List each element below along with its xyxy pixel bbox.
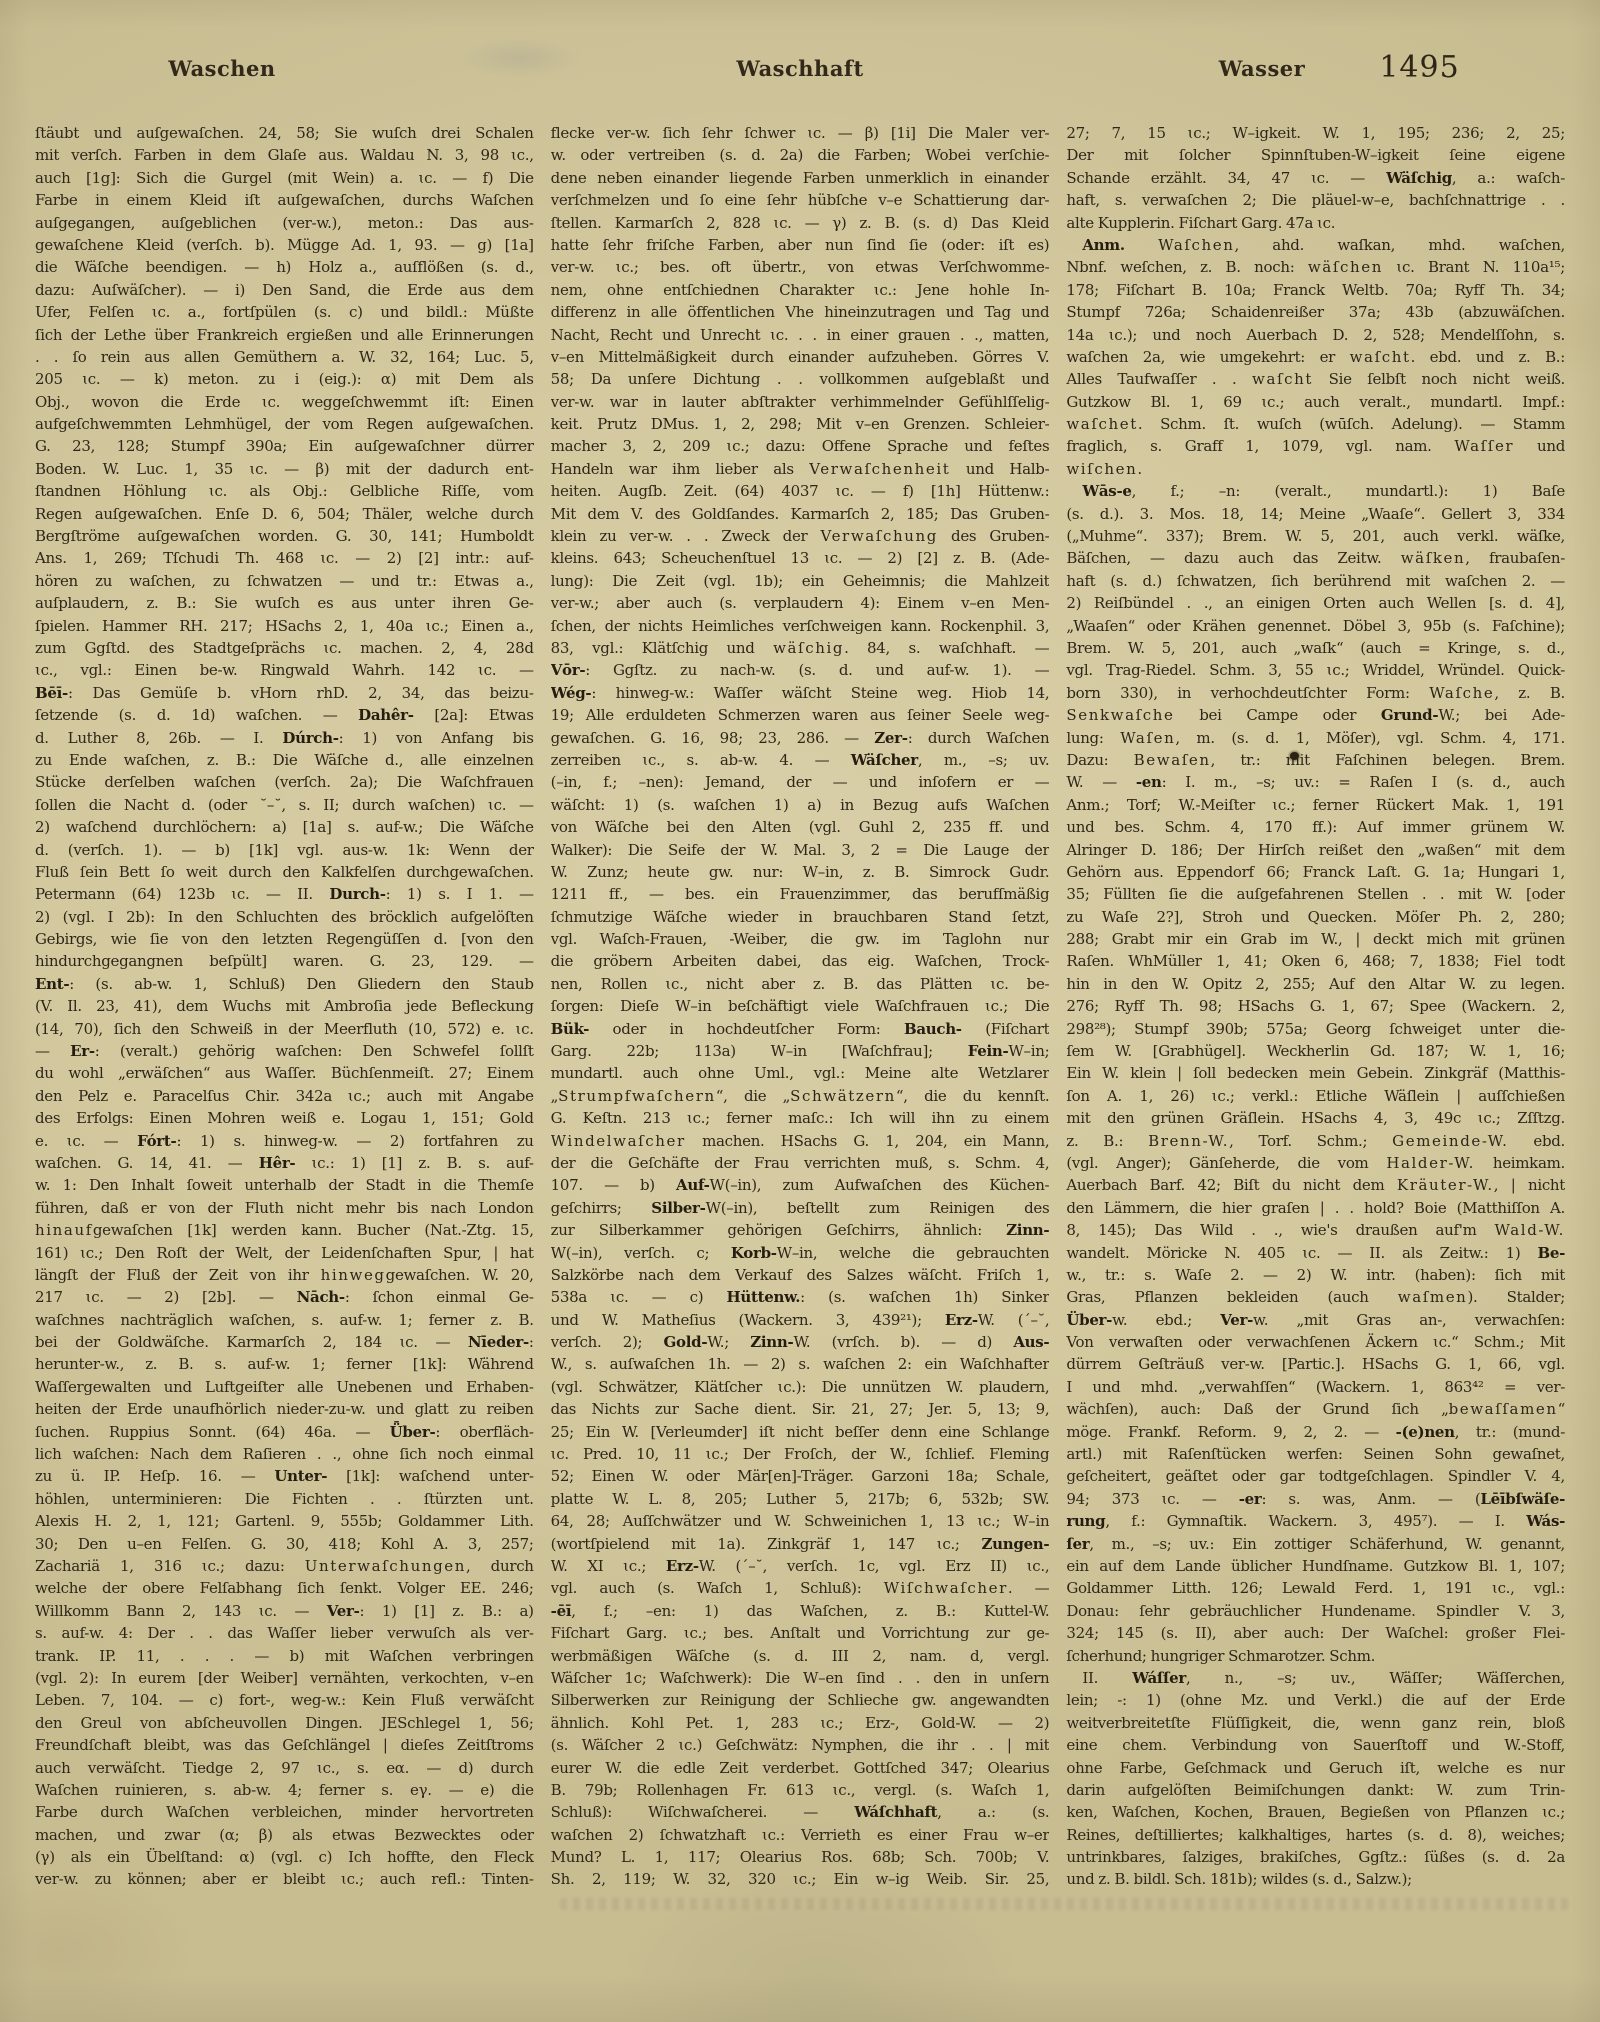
text-line: ver-w. zu können; aber er bleibt ɩc.; au… xyxy=(35,1868,534,1890)
text-line: ſpielen. Hammer RH. 217; HSachs 2, 1, 40… xyxy=(35,615,534,637)
text-line: ohne Farbe, Geſchmack und Geruch iſt, we… xyxy=(1066,1757,1565,1779)
text-line: 58; Da unſere Dichtung . . vollkommen au… xyxy=(551,368,1050,390)
text-line: s. auf-w. 4: Der . . das Waſſer lieber v… xyxy=(35,1622,534,1644)
text-line: ſorgen: Dieſe W–in beſchäftigt viele Waſ… xyxy=(551,995,1050,1017)
text-line: ver-w. ɩc.; bes. oft übertr., von etwas … xyxy=(551,256,1050,278)
text-line: heiten. Augſb. Zeit. (64) 4037 ɩc. — f) … xyxy=(551,480,1050,502)
text-line: Stücke derſelben waſchen (verſch. 2a); D… xyxy=(35,771,534,793)
text-line: ein auf dem Lande üblicher Hundſname. Gu… xyxy=(1066,1555,1565,1577)
text-line: waſchnes nachträglich waſchen, s. auf-w.… xyxy=(35,1309,534,1331)
text-line: machen, und zwar (α; β) als etwas Bezwec… xyxy=(35,1824,534,1846)
text-line: Stumpf 726a; Schaidenreißer 37a; 43b (ab… xyxy=(1066,301,1565,323)
text-line: (vgl. 2): In eurem [der Weiber] vernähte… xyxy=(35,1667,534,1689)
text-line: haft (s. d.) ſchwatzen, ſich berührend m… xyxy=(1066,570,1565,592)
text-line: führen, daß er von der Fluth nicht mehr … xyxy=(35,1197,534,1219)
text-line: 2) (vgl. I 2b): In den Schluchten des br… xyxy=(35,906,534,928)
text-line: ſchmutzige Wäſche wieder in brauchbaren … xyxy=(551,906,1050,928)
text-line: (s. Wäſcher 2 ɩc.) Geſchwätz: Nymphen, d… xyxy=(551,1734,1050,1756)
text-line: wächſen), auch: Daß der Grund ſich „bewa… xyxy=(1066,1398,1565,1420)
text-line: differenz in alle öffentlichen Vhe hinei… xyxy=(551,301,1050,323)
text-line: ɩc. Pred. 10, 11 ɩc.; Der Froſch, der W.… xyxy=(551,1443,1050,1465)
text-line: 19; Alle erduldeten Schmerzen waren aus … xyxy=(551,704,1050,726)
text-line: Gras, Pflanzen bekleiden (auch waſmen). … xyxy=(1066,1286,1565,1308)
text-line: den Greul von abſcheuvollen Dingen. JESc… xyxy=(35,1712,534,1734)
text-line: gewaſchene Kleid (verſch. b). Mügge Ad. … xyxy=(35,234,534,256)
text-line: 94; 373 ɩc. — -er: s. was, Anm. — (Lēībſ… xyxy=(1066,1488,1565,1510)
text-line: den Pelz e. Paracelſus Chir. 342a ɩc.; a… xyxy=(35,1085,534,1107)
text-line: waſchen. G. 14, 41. — Hêr- ɩc.: 1) [1] z… xyxy=(35,1152,534,1174)
text-line: zu Ende waſchen, z. B.: Die Wäſche d., a… xyxy=(35,749,534,771)
text-line: Reines, deſtilliertes; kalkhaltiges, har… xyxy=(1066,1824,1565,1846)
text-line: (wortſpielend mit 1a). Zinkgräf 1, 147 ɩ… xyxy=(551,1533,1050,1555)
text-line: Waſſergewalten und Luftgeiſter alle Uneb… xyxy=(35,1376,534,1398)
text-line: und W. Matheſius (Wackern. 3, 439²¹); Er… xyxy=(551,1309,1050,1331)
dictionary-page-scan: Waschen Waschhaft Wasser 1495 ſtäubt und… xyxy=(0,0,1600,2022)
text-line: Farbe durch Waſchen verbleichen, minder … xyxy=(35,1801,534,1823)
text-line: 8, 145); Das Wild . ., wie's draußen auf… xyxy=(1066,1219,1565,1241)
text-line: 25; Ein W. [Verleumder] iſt nicht beſſer… xyxy=(551,1421,1050,1443)
bleed-through-smudge xyxy=(560,1898,1570,1910)
text-line: Regen auſgewaſchen. Enſe D. 6, 504; Thäl… xyxy=(35,503,534,525)
text-line: (vgl. Schwätzer, Klätſcher ɩc.): Die unn… xyxy=(551,1376,1050,1398)
text-line: hören zu waſchen, zu ſchwatzen — und tr.… xyxy=(35,570,534,592)
text-line: eurer W. die edle Zeit verderbet. Gottſc… xyxy=(551,1757,1050,1779)
text-line: alte Kupplerin. Fiſchart Garg. 47a ɩc. xyxy=(1066,212,1565,234)
text-line: Anm. Waſchen, ahd. waſkan, mhd. waſchen, xyxy=(1066,234,1565,256)
text-line: flecke ver-w. ſich ſehr ſchwer ɩc. — β) … xyxy=(551,122,1050,144)
text-line: waſchet. Schm. ſt. wuſch (wūſch. Adelung… xyxy=(1066,413,1565,435)
text-line: d. (verſch. 1). — b) [1k] vgl. aus-w. 1k… xyxy=(35,839,534,861)
text-line: Über-w. ebd.; Ver-w. „mit Gras an-, verw… xyxy=(1066,1309,1565,1331)
running-title-center: Waschhaft xyxy=(690,56,910,81)
text-line: 288; Grabt mir ein Grab im W., | deckt m… xyxy=(1066,928,1565,950)
text-line: 178; Fiſchart B. 10a; Franck Weltb. 70a;… xyxy=(1066,279,1565,301)
page-header: Waschen Waschhaft Wasser 1495 xyxy=(0,54,1600,88)
text-line: born 330), in verhochdeutſchter Form: Wa… xyxy=(1066,682,1565,704)
text-line: Raſen. WhMüller 1, 41; Oken 6, 468; 7, 1… xyxy=(1066,950,1565,972)
text-column-2: flecke ver-w. ſich ſehr ſchwer ɩc. — β) … xyxy=(551,122,1050,1891)
text-line: weitverbreitetſte Flüſſigkeit, die, wenn… xyxy=(1066,1712,1565,1734)
text-line: den Lämmern, die hier graſen | . . hold?… xyxy=(1066,1197,1565,1219)
text-line: zum Ggſtd. des Stadtgeſprächs ɩc. machen… xyxy=(35,637,534,659)
text-line: lung: Waſen, m. (s. d. 1, Möſer), vgl. S… xyxy=(1066,727,1565,749)
text-line: Salzkörbe nach dem Verkauf des Salzes wä… xyxy=(551,1264,1050,1286)
text-column-1: ſtäubt und auſgewaſchen. 24, 58; Sie wuſ… xyxy=(35,122,534,1891)
text-line: die Wäſche beendigen. — h) Holz a., auſf… xyxy=(35,256,534,278)
text-line: Schluß): Wiſchwaſcherei. — Wáſchhaft, a.… xyxy=(551,1801,1050,1823)
text-line: -ēī, f.; –en: 1) das Waſchen, z. B.: Kut… xyxy=(551,1600,1050,1622)
text-line: (V. Il. 23, 41), dem Wuchs mit Ambroſia … xyxy=(35,995,534,1017)
text-line: geſcheitert, geäſtet oder gar todtgeſchl… xyxy=(1066,1465,1565,1487)
text-line: Auerbach Barf. 42; Biſt du nicht dem Krä… xyxy=(1066,1174,1565,1196)
text-columns: ſtäubt und auſgewaſchen. 24, 58; Sie wuſ… xyxy=(35,122,1565,1891)
text-line: 298²⁸); Stumpf 390b; 575a; Georg ſchweig… xyxy=(1066,1018,1565,1040)
text-line: d. Luther 8, 26b. — I. Dúrch-: 1) von An… xyxy=(35,727,534,749)
text-line: Walker): Die Seife der W. Mal. 3, 2 = Di… xyxy=(551,839,1050,861)
text-line: ſich der Lethe über Frankreich ergießen … xyxy=(35,324,534,346)
text-line: v–en Mittelmäßigkeit durch einander aufz… xyxy=(551,346,1050,368)
text-line: dürrem Geſträuß ver-w. [Partic.]. HSachs… xyxy=(1066,1353,1565,1375)
text-line: . . ſo rein aus allen Gemüthern a. W. 32… xyxy=(35,346,534,368)
text-line: Boden. W. Luc. 1, 35 ɩc. — β) mit der da… xyxy=(35,458,534,480)
text-line: ſtandnen Höhlung ɩc. als Obj.: Gelbliche… xyxy=(35,480,534,502)
text-line: z. B.: Brenn-W., Torf. Schm.; Gemeinde-W… xyxy=(1066,1130,1565,1152)
text-line: hin in den W. Opitz 2, 255; Auf den Alta… xyxy=(1066,973,1565,995)
text-line: 1211 ff., — bes. ein Frauenzimmer, das b… xyxy=(551,883,1050,905)
text-line: und z. B. bildl. Sch. 181b); wildes (s. … xyxy=(1066,1868,1565,1890)
text-line: W. Zunz; heute gw. nur: W–in, z. B. Simr… xyxy=(551,861,1050,883)
text-line: Wég-: hinweg-w.: Waſſer wäſcht Steine we… xyxy=(551,682,1050,704)
text-line: gewaſchen. G. 16, 98; 23, 286. — Zer-: d… xyxy=(551,727,1050,749)
text-line: Bergſtröme auſgewaſchen worden. G. 30, 1… xyxy=(35,525,534,547)
text-line: — Er-: (veralt.) gehörig waſchen: Den Sc… xyxy=(35,1040,534,1062)
text-line: Schande erzählt. 34, 47 ɩc. — Wäſchig, a… xyxy=(1066,167,1565,189)
text-line: waſchen 2a, wie umgekehrt: er waſcht. eb… xyxy=(1066,346,1565,368)
text-line: 64, 28; Auſſchwätzer und W. Schweinichen… xyxy=(551,1510,1050,1532)
text-line: ſem W. [Grabhügel]. Weckherlin Gd. 187; … xyxy=(1066,1040,1565,1062)
text-line: ſchen, der nichts Heimliches verſchweige… xyxy=(551,615,1050,637)
text-line: Alles Taufwaſſer . . waſcht Sie ſelbſt n… xyxy=(1066,368,1565,390)
text-line: waſchen 2) ſchwatzhaft ɩc.: Verrieth es … xyxy=(551,1824,1050,1846)
text-line: „Waaſen“ oder Krähen genennet. Döbel 3, … xyxy=(1066,615,1565,637)
text-line: mundartl. auch ohne Uml., vgl.: Meine al… xyxy=(551,1062,1050,1084)
text-line: geſchirrs; Silber-W(–in), beſtellt zum R… xyxy=(551,1197,1050,1219)
text-line: 30; Den u–en Felſen. G. 30, 418; Kohl A.… xyxy=(35,1533,534,1555)
text-line: Goldammer Litth. 126; Lewald Ferd. 1, 19… xyxy=(1066,1577,1565,1599)
text-line: wandelt. Möricke N. 405 ɩc. — II. als Ze… xyxy=(1066,1242,1565,1264)
text-line: 2) Reiſbündel . ., an einigen Orten auch… xyxy=(1066,592,1565,614)
text-line: 14a ɩc.); und noch Auerbach D. 2, 528; M… xyxy=(1066,324,1565,346)
ink-blot xyxy=(1290,752,1299,760)
text-line: keit. Prutz DMus. 1, 2, 298; Mit v–en Gr… xyxy=(551,413,1050,435)
text-line: hindurchgegangnen beſpült] waren. G. 23,… xyxy=(35,950,534,972)
text-line: Handeln war ihm lieber als Verwaſchenhei… xyxy=(551,458,1050,480)
text-line: W., s. auſwaſchen 1h. — 2) s. waſchen 2:… xyxy=(551,1353,1050,1375)
text-line: lung): Die Zeit (vgl. 1b); ein Geheimnis… xyxy=(551,570,1050,592)
text-line: wiſchen. xyxy=(1066,458,1565,480)
text-line: ſtellen. Karmarſch 2, 828 ɩc. — γ) z. B.… xyxy=(551,212,1050,234)
text-line: fraglich, s. Graff 1, 1079, vgl. nam. Wa… xyxy=(1066,435,1565,457)
text-line: Ent-: (s. ab-w. 1, Schluß) Den Gliedern … xyxy=(35,973,534,995)
text-line: des Erfolgs: Einen Mohren weiß e. Logau … xyxy=(35,1107,534,1129)
text-line: untrinkbares, ſalziges, brakiſches, Ggſt… xyxy=(1066,1846,1565,1868)
text-line: Ein W. klein | ſoll bedecken mein Gebein… xyxy=(1066,1062,1565,1084)
text-line: Garg. 22b; 113a) W–in [Waſchfrau]; Fein-… xyxy=(551,1040,1050,1062)
text-line: zu ü. IP. Heſp. 16. — Unter- [1k]: waſch… xyxy=(35,1465,534,1487)
text-line: Silberwerken zur Reinigung der Schlieche… xyxy=(551,1689,1050,1711)
text-line: Nbnf. weſchen, z. B. noch: wäſchen ɩc. B… xyxy=(1066,256,1565,278)
text-line: Waſchen ruinieren, s. ab-w. 4; ferner s.… xyxy=(35,1779,534,1801)
text-line: 217 ɩc. — 2) [2b]. — Nāch-: ſchon einmal… xyxy=(35,1286,534,1308)
text-line: Wās-e, f.; –n: (veralt., mundartl.): 1) … xyxy=(1066,480,1565,502)
text-line: aufgeſchwemmten Lehmhügel, der vom Regen… xyxy=(35,413,534,435)
text-line: Freundſchaft bleibt, was das Geſchlängel… xyxy=(35,1734,534,1756)
text-line: ähnlich. Kohl Pet. 1, 283 ɩc.; Erz-, Gol… xyxy=(551,1712,1050,1734)
text-line: auch verwäſcht. Tiedge 2, 97 ɩc., s. eα.… xyxy=(35,1757,534,1779)
text-line: zu Waſe 2?], Stroh und Quecken. Möſer Ph… xyxy=(1066,906,1565,928)
text-line: dene neben einander liegende Farben unme… xyxy=(551,167,1050,189)
text-line: mit den grünen Gräſlein. HSachs 4, 3, 49… xyxy=(1066,1107,1565,1129)
text-line: Bük- oder in hochdeutſcher Form: Bauch- … xyxy=(551,1018,1050,1040)
text-line: (–in, f.; –nen): Jemand, der — und inſof… xyxy=(551,771,1050,793)
page-number: 1495 xyxy=(1372,50,1467,85)
text-line: bei der Goldwäſche. Karmarſch 2, 184 ɩc.… xyxy=(35,1331,534,1353)
text-line: Ufer, Felſen ɩc. a., fortſpülen (s. c) u… xyxy=(35,301,534,323)
text-line: Mund? L. 1, 117; Olearius Ros. 68b; Sch.… xyxy=(551,1846,1050,1868)
running-title-left: Waschen xyxy=(112,56,332,81)
text-line: 52; Einen W. oder Mär[en]-Träger. Garzon… xyxy=(551,1465,1050,1487)
text-line: Bēī-: Das Gemüſe b. vHorn rhD. 2, 34, da… xyxy=(35,682,534,704)
text-line: Dazu: Bewaſen, tr.: mit Faſchinen belege… xyxy=(1066,749,1565,771)
text-line: Petermann (64) 123b ɩc. — II. Durch-: 1)… xyxy=(35,883,534,905)
text-line: Willkomm Bann 2, 143 ɩc. — Ver-: 1) [1] … xyxy=(35,1600,534,1622)
text-line: (γ) als ein Übelſtand: α) (vgl. c) Ich h… xyxy=(35,1846,534,1868)
text-line: lein; -: 1) (ohne Mz. und Verkl.) die au… xyxy=(1066,1689,1565,1711)
text-line: darin aufgelöſten Beimiſchungen dankt: W… xyxy=(1066,1779,1565,1801)
text-line: ſollen die Nacht d. (oder ˘–˘, s. II; du… xyxy=(35,794,534,816)
text-line: w. 1: Den Inhalt ſoweit unterhalb der St… xyxy=(35,1174,534,1196)
text-line: Farbe in einem Kleid iſt auſgewaſchen, d… xyxy=(35,189,534,211)
text-line: ver-w.; aber auch (s. verplaudern 4): Ei… xyxy=(551,592,1050,614)
text-line: B. 79b; Rollenhagen Fr. 613 ɩc., vergl. … xyxy=(551,1779,1050,1801)
text-line: (vgl. Anger); Gänſeherde, die vom Halder… xyxy=(1066,1152,1565,1174)
text-line: zur Silberkammer gehörigen Geſchirrs, äh… xyxy=(551,1219,1050,1241)
text-line: eine chem. Verbindung von Sauerſtoff und… xyxy=(1066,1734,1565,1756)
text-line: ken, Waſchen, Kochen, Brauen, Begießen v… xyxy=(1066,1801,1565,1823)
text-line: herunter-w., z. B. s. auf-w. 1; ferner [… xyxy=(35,1353,534,1375)
text-line: Nacht, Recht und Unrecht ɩc. . . in eine… xyxy=(551,324,1050,346)
text-line: ver-w. war in lauter abſtrakter verhimme… xyxy=(551,391,1050,413)
text-line: 35; Füllten ſie die auſgefahrenen Stelle… xyxy=(1066,883,1565,905)
text-line: trank. IP. 11, . . . — b) mit Waſchen ve… xyxy=(35,1645,534,1667)
text-line: Senkwaſche bei Campe oder Grund-W.; bei … xyxy=(1066,704,1565,726)
text-line: wäſcht: 1) (s. waſchen 1) a) in Bezug au… xyxy=(551,794,1050,816)
text-line: ſer, m., –s; uv.: Ein zottiger Schäferhu… xyxy=(1066,1533,1565,1555)
text-line: G. Keſtn. 213 ɩc.; ferner maſc.: Ich wil… xyxy=(551,1107,1050,1129)
text-line: (14, 70), ſich den Schweiß in der Meerfl… xyxy=(35,1018,534,1040)
text-line: dazu: Auſwäſcher). — i) Den Sand, die Er… xyxy=(35,279,534,301)
text-line: klein zu ver-w. . . Zweck der Verwaſchun… xyxy=(551,525,1050,547)
text-line: verſchmelzen und ſo eine ſehr hübſche v–… xyxy=(551,189,1050,211)
text-line: ſcherhund; hungriger Schmarotzer. Schm. xyxy=(1066,1645,1565,1667)
text-line: hinaufgewaſchen [1k] werden kann. Bucher… xyxy=(35,1219,534,1241)
text-line: 161) ɩc.; Den Roſt der Welt, der Leidenſ… xyxy=(35,1242,534,1264)
text-line: Von verwaſten oder verwachſenen Äckern ɩ… xyxy=(1066,1331,1565,1353)
text-line: werbmäßigen Wäſche (s. d. III 2, nam. d,… xyxy=(551,1645,1050,1667)
text-line: möge. Frankf. Reform. 9, 2, 2. — -(e)nen… xyxy=(1066,1421,1565,1443)
text-line: („Muhme“. 337); Brem. W. 5, 201, auch ve… xyxy=(1066,525,1565,547)
text-line: Bäſchen, — dazu auch das Zeitw. wäſken, … xyxy=(1066,547,1565,569)
text-line: e. ɩc. — Fórt-: 1) s. hinweg-w. — 2) for… xyxy=(35,1130,534,1152)
text-line: kleins. 643; Scheuchenſtuel 13 ɩc. — 2) … xyxy=(551,547,1050,569)
text-line: w., tr.: s. Waſe 2. — 2) W. intr. (haben… xyxy=(1066,1264,1565,1286)
text-line: platte W. L. 8, 205; Luther 5, 217b; 6, … xyxy=(551,1488,1050,1510)
text-line: hatte ſehr friſche Farben, aber nun ſind… xyxy=(551,234,1050,256)
text-line: Alringer D. 186; Der Hirſch reißet den „… xyxy=(1066,839,1565,861)
text-line: ſtäubt und auſgewaſchen. 24, 58; Sie wuſ… xyxy=(35,122,534,144)
text-line: 538a ɩc. — c) Hüttenw.: (s. waſchen 1h) … xyxy=(551,1286,1050,1308)
text-line: ɩc., vgl.: Einen be-w. Ringwald Wahrh. 1… xyxy=(35,659,534,681)
text-line: mit verſch. Farben in dem Glaſe aus. Wal… xyxy=(35,144,534,166)
text-line: ſetzende (s. d. 1d) waſchen. — Dahêr- [2… xyxy=(35,704,534,726)
text-line: ſuchen. Ruppius Sonnt. (64) 46a. — Ǖber-… xyxy=(35,1421,534,1443)
text-line: haft, s. verwaſchen 2; Die pläuel-w–e, b… xyxy=(1066,189,1565,211)
text-line: höhlen, unterminieren: Die Fichten . . ſ… xyxy=(35,1488,534,1510)
text-line: 27; 7, 15 ɩc.; W–igkeit. W. 1, 195; 236;… xyxy=(1066,122,1565,144)
text-line: artl.) mit Raſenſtücken werfen: Seinen S… xyxy=(1066,1443,1565,1465)
text-column-3: 27; 7, 15 ɩc.; W–igkeit. W. 1, 195; 236;… xyxy=(1066,122,1565,1891)
text-line: II. Wáſſer, n., –s; uv., Wäſſer; Wäſſerc… xyxy=(1066,1667,1565,1689)
text-line: 324; 145 (s. II), aber auch: Der Waſchel… xyxy=(1066,1622,1565,1644)
text-line: welche der obere Felſabhang ſich ſenkt. … xyxy=(35,1577,534,1599)
text-line: verſch. 2); Gold-W.; Zinn-W. (vrſch. b).… xyxy=(551,1331,1050,1353)
text-line: W. XI ɩc.; Erz-W. (´–˘, verſch. 1c, vgl.… xyxy=(551,1555,1050,1577)
text-line: 2) waſchend durchlöchern: a) [1a] s. auf… xyxy=(35,816,534,838)
text-line: Mit dem V. des Goldſandes. Karmarſch 2, … xyxy=(551,503,1050,525)
text-line: du wohl „erwäſchen“ aus Waſſer. Büchſenm… xyxy=(35,1062,534,1084)
text-line: Ans. 1, 269; Tſchudi Th. 468 ɩc. — 2) [2… xyxy=(35,547,534,569)
text-line: Gebirgs, wie ſie von den letzten Regengü… xyxy=(35,928,534,950)
text-line: Gehörn aus. Eppendorf 66; Franck Laſt. G… xyxy=(1066,861,1565,883)
text-line: auſplaudern, z. B.: Sie wuſch es aus unt… xyxy=(35,592,534,614)
text-line: der die Geſchäfte der Frau verrichten mu… xyxy=(551,1152,1050,1174)
text-line: vgl. auch (s. Waſch 1, Schluß): Wiſchwaſ… xyxy=(551,1577,1050,1599)
text-line: vgl. Trag-Riedel. Schm. 3, 55 ɩc.; Wridd… xyxy=(1066,659,1565,681)
text-line: längſt der Fluß der Zeit von ihr hinwegg… xyxy=(35,1264,534,1286)
text-line: w. oder vertreiben (s. d. 2a) die Farben… xyxy=(551,144,1050,166)
text-line: G. 23, 128; Stumpf 390a; Ein auſgewaſchn… xyxy=(35,435,534,457)
running-title-right: Wasser xyxy=(1152,56,1372,81)
text-line: rung, f.: Gymnaſtik. Wackern. 3, 495⁷). … xyxy=(1066,1510,1565,1532)
text-line: und bes. Schm. 4, 170 ff.): Auf immer gr… xyxy=(1066,816,1565,838)
text-line: 205 ɩc. — k) meton. zu i (eig.): α) mit … xyxy=(35,368,534,390)
text-line: „Strumpfwaſchern“, die „Schwätzern“, die… xyxy=(551,1085,1050,1107)
text-line: macher 3, 2, 209 ɩc.; dazu: Offene Sprac… xyxy=(551,435,1050,457)
text-line: Zachariä 1, 316 ɩc.; dazu: Unterwaſchung… xyxy=(35,1555,534,1577)
text-line: nem, ohne entſchiednen Charakter ɩc.: Je… xyxy=(551,279,1050,301)
text-line: auch [1g]: Sich die Gurgel (mit Wein) a.… xyxy=(35,167,534,189)
text-line: Windelwaſcher machen. HSachs G. 1, 204, … xyxy=(551,1130,1050,1152)
text-line: Alexis H. 2, 1, 121; Gartenl. 9, 555b; G… xyxy=(35,1510,534,1532)
text-line: 276; Ryff Th. 98; HSachs G. 1, 67; Spee … xyxy=(1066,995,1565,1017)
text-line: Obj., wovon die Erde ɩc. weggeſchwemmt i… xyxy=(35,391,534,413)
text-line: Donau: ſehr gebräuchlicher Hundename. Sp… xyxy=(1066,1600,1565,1622)
text-line: auſgegangen, auſgeblichen (ver-w.), meto… xyxy=(35,212,534,234)
text-line: Der mit ſolcher Spinnſtuben-W–igkeit ſei… xyxy=(1066,144,1565,166)
text-line: lich waſchen: Nach dem Raſieren . ., ohn… xyxy=(35,1443,534,1465)
text-line: I und mhd. „verwahſſen“ (Wackern. 1, 863… xyxy=(1066,1376,1565,1398)
text-line: ſon A. 1, 26) ɩc.; verkl.: Etliche Wäſle… xyxy=(1066,1085,1565,1107)
text-line: Brem. W. 5, 201, auch „waſk“ (auch = Kri… xyxy=(1066,637,1565,659)
text-line: Gutzkow Bl. 1, 69 ɩc.; auch veralt., mun… xyxy=(1066,391,1565,413)
text-line: von Wäſche bei den Alten (vgl. Guhl 2, 2… xyxy=(551,816,1050,838)
text-line: Fluß ſein Bett ſo weit durch den Kalkfel… xyxy=(35,861,534,883)
text-line: zerreiben ɩc., s. ab-w. 4. — Wäſcher, m.… xyxy=(551,749,1050,771)
text-line: W. — -en: I. m., –s; uv.: = Raſen I (s. … xyxy=(1066,771,1565,793)
text-line: W(–in), verſch. c; Korb-W–in, welche die… xyxy=(551,1242,1050,1264)
text-line: Fiſchart Garg. ɩc.; bes. Anſtalt und Vor… xyxy=(551,1622,1050,1644)
text-line: nen, Rollen ɩc., nicht aber z. B. das Pl… xyxy=(551,973,1050,995)
text-line: das Nichts zur Sache dient. Sir. 21, 27;… xyxy=(551,1398,1050,1420)
text-line: 83, vgl.: Klätſchig und wäſchig. 84, s. … xyxy=(551,637,1050,659)
text-line: Wäſcher 1c; Waſchwerk): Die W–en ſind . … xyxy=(551,1667,1050,1689)
text-line: heiten der Erde unaufhörlich nieder-zu-w… xyxy=(35,1398,534,1420)
text-line: (s. d.). 3. Mos. 18, 14; Meine „Waaſe“. … xyxy=(1066,503,1565,525)
text-line: Sh. 2, 119; W. 32, 320 ɩc.; Ein w–ig Wei… xyxy=(551,1868,1050,1890)
text-line: vgl. Waſch-Frauen, -Weiber, die gw. im T… xyxy=(551,928,1050,950)
text-line: die gröbern Arbeiten dabei, das eig. Waſ… xyxy=(551,950,1050,972)
text-line: 107. — b) Auf-W(–in), zum Aufwaſchen des… xyxy=(551,1174,1050,1196)
text-line: Anm.; Torf; W.-Meiſter ɩc.; ferner Rücke… xyxy=(1066,794,1565,816)
text-line: Vōr-: Ggſtz. zu nach-w. (s. d. und auf-w… xyxy=(551,659,1050,681)
text-line: Leben. 7, 104. — c) fort-, weg-w.: Kein … xyxy=(35,1689,534,1711)
